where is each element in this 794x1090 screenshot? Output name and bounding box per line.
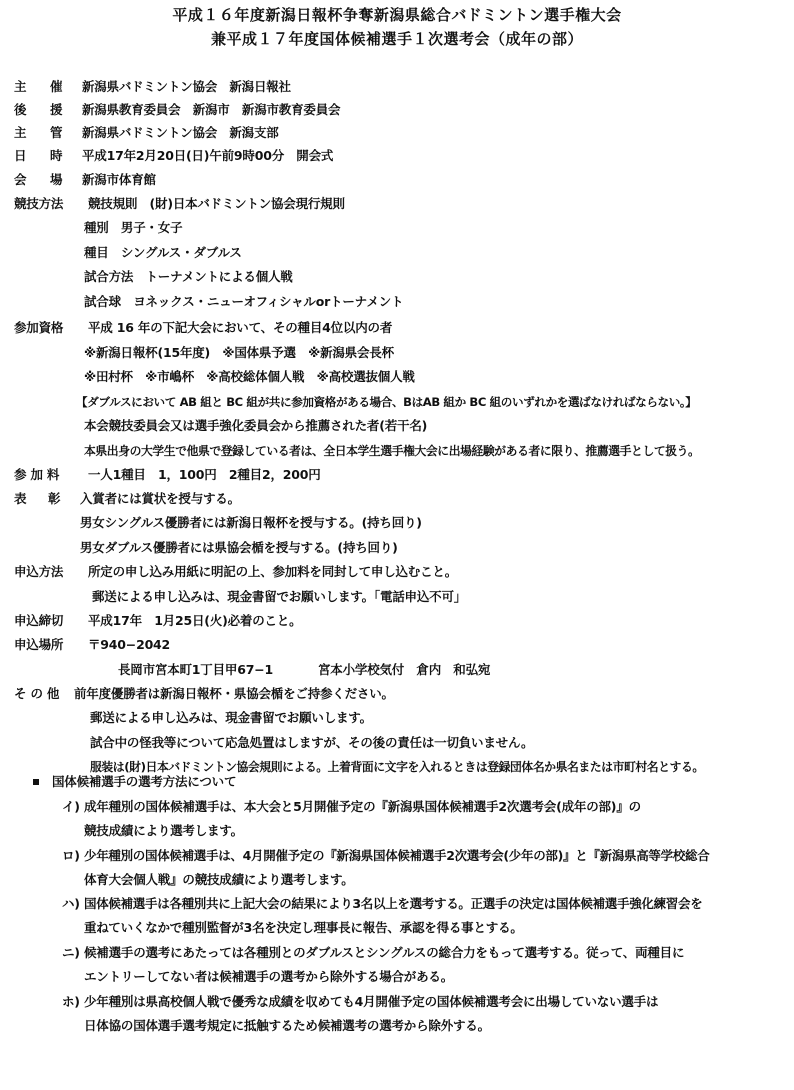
other-label: そ の 他 (14, 686, 59, 702)
datetime-text: 平成17年2月20日(日)午前9時00分 開会式 (82, 148, 333, 164)
deadline-label: 申込締切 (14, 613, 63, 629)
other-line4: 服装は(財)日本バドミントン協会規則による。上着背面に文字を入れるときは登録団体… (90, 759, 704, 775)
address-postal: 〒940−2042 (88, 637, 170, 653)
document-title-line2: 兼平成１７年度国体候補選手１次選考会（成年の部） (0, 30, 794, 48)
selection-marker: ハ) (62, 896, 80, 912)
bullet-square-icon (33, 779, 39, 785)
other-line2: 郵送による申し込みは、現金書留でお願いします。 (90, 710, 372, 726)
label-char: 催 (50, 79, 63, 95)
venue-text: 新潟市体育館 (82, 172, 156, 188)
label-char: 場 (50, 172, 63, 188)
eligibility-line3: ※田村杯 ※市嶋杯 ※高校総体個人戦 ※高校選抜個人戦 (84, 369, 415, 385)
competition-ball: 試合球 ヨネックス・ニューオフィシャルorトーナメント (84, 294, 403, 310)
selection-item-line: 体育大会個人戦』の競技成績により選考します。 (84, 872, 354, 888)
label-char: 管 (50, 125, 63, 141)
selection-marker: イ) (62, 799, 80, 815)
label-char: 表 (14, 491, 27, 507)
eligibility-line4: 【ダブルスにおいて AB 組と BC 組が共に参加資格がある場合、BはAB 組か… (76, 394, 697, 410)
address-label: 申込場所 (14, 637, 63, 653)
selection-marker: ロ) (62, 848, 80, 864)
selection-item-line: 国体候補選手は各種別共に上記大会の結果により3名以上を選考する。正選手の決定は国… (84, 896, 702, 912)
application-line2: 郵送による申し込みは、現金書留でお願いします。「電話申込不可」 (92, 589, 466, 605)
label-char: 会 (14, 172, 27, 188)
selection-item-line: 日体協の国体選手選考規定に抵触するため候補選考の選考から除外する。 (84, 1018, 490, 1034)
document-title-line1: 平成１６年度新潟日報杯争奪新潟県総合バドミントン選手権大会 (0, 6, 794, 24)
deadline-text: 平成17年 1月25日(火)必着のこと。 (88, 613, 301, 629)
competition-events: 種目 シングルス・ダブルス (84, 245, 242, 261)
label-char: 援 (50, 102, 63, 118)
label-char: 彰 (48, 491, 61, 507)
selection-item-line: エントリーしてない者は候補選手の選考から除外する場合がある。 (84, 969, 453, 985)
management-text: 新潟県バドミントン協会 新潟支部 (82, 125, 279, 141)
address-recipient: 宮本小学校気付 倉内 和弘宛 (318, 662, 490, 678)
competition-format: 試合方法 トーナメントによる個人戦 (84, 269, 293, 285)
selection-item-line: 少年種別は県高校個人戦で優秀な成績を収めても4月開催予定の国体候補選考会に出場し… (84, 994, 658, 1010)
other-line1: 前年度優勝者は新潟日報杯・県協会楯をご持参ください。 (74, 686, 394, 702)
selection-item-line: 競技成績により選考します。 (84, 823, 243, 839)
selection-item-line: 少年種別の国体候補選手は、4月開催予定の『新潟県国体候補選手2次選考会(少年の部… (84, 848, 709, 864)
label-char: 主 (14, 79, 27, 95)
selection-marker: ニ) (62, 945, 80, 961)
application-line1: 所定の申し込み用紙に明記の上、参加料を同封して申し込むこと。 (88, 564, 457, 580)
selection-heading: 国体候補選手の選考方法について (52, 774, 236, 790)
support-text: 新潟県教育委員会 新潟市 新潟市教育委員会 (82, 102, 340, 118)
application-label: 申込方法 (14, 564, 63, 580)
competition-category: 種別 男子・女子 (84, 220, 182, 236)
awards-line1: 入賞者には賞状を授与する。 (80, 491, 240, 507)
awards-line3: 男女ダブルス優勝者には県協会楯を授与する。(持ち回り) (80, 540, 398, 556)
eligibility-label: 参加資格 (14, 320, 63, 336)
eligibility-line6: 本県出身の大学生で他県で登録している者は、全日本学生選手権大会に出場経験がある者… (84, 443, 699, 459)
fee-text: 一人1種目 1，100円 2種目2，200円 (88, 467, 321, 483)
selection-item-line: 重ねていくなかで種別監督が3名を決定し理事長に報告、承認を得る事とする。 (84, 920, 523, 936)
label-char: 時 (50, 148, 63, 164)
eligibility-line1: 平成 16 年の下記大会において、その種目4位以内の者 (88, 320, 392, 336)
label-char: 主 (14, 125, 27, 141)
label-char: 日 (14, 148, 27, 164)
other-line3: 試合中の怪我等について応急処置はしますが、その後の責任は一切負いません。 (90, 735, 533, 751)
organizer-text: 新潟県バドミントン協会 新潟日報社 (82, 79, 291, 95)
selection-marker: ホ) (62, 994, 80, 1010)
label-char: 後 (14, 102, 27, 118)
competition-label: 競技方法 (14, 196, 63, 212)
awards-line2: 男女シングルス優勝者には新潟日報杯を授与する。(持ち回り) (80, 515, 422, 531)
fee-label: 参 加 料 (14, 467, 59, 483)
selection-item-line: 成年種別の国体候補選手は、本大会と5月開催予定の『新潟県国体候補選手2次選考会(… (84, 799, 641, 815)
eligibility-line5: 本会競技委員会又は選手強化委員会から推薦された者(若干名) (84, 418, 427, 434)
eligibility-line2: ※新潟日報杯(15年度) ※国体県予選 ※新潟県会長杯 (84, 345, 394, 361)
selection-item-line: 候補選手の選考にあたっては各種別とのダブルスとシングルスの総合力をもって選考する… (84, 945, 684, 961)
competition-rule: 競技規則 (財)日本バドミントン協会現行規則 (88, 196, 345, 212)
address-street: 長岡市宮本町1丁目甲67−1 (118, 662, 273, 678)
